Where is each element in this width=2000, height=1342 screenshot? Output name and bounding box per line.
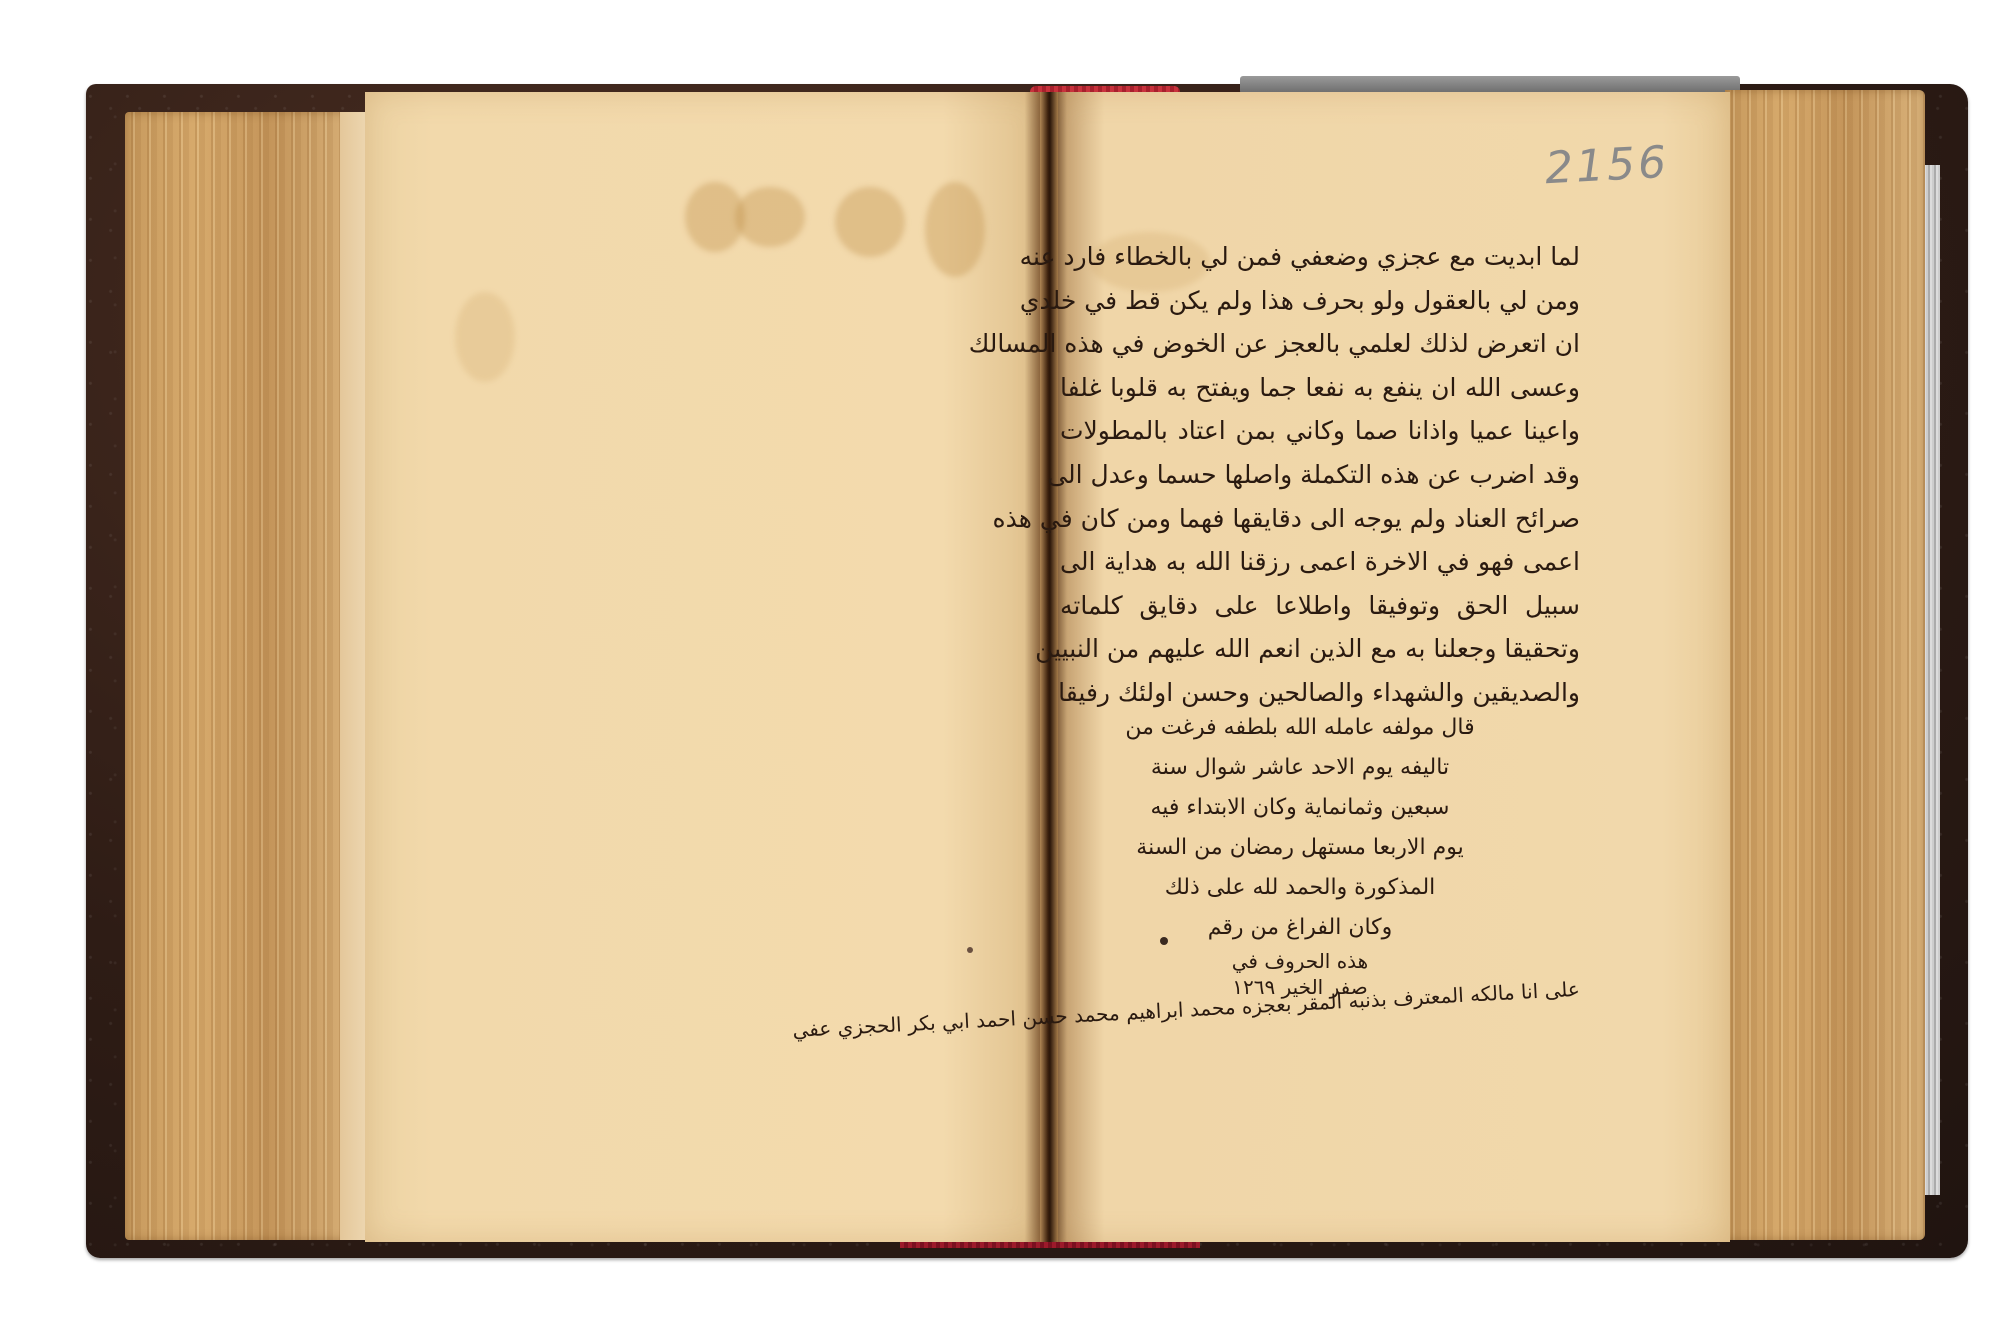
colophon-line: سبعين وثمانماية وكان الابتداء فيه	[1080, 788, 1520, 828]
colophon-line: المذكورة والحمد لله على ذلك	[1080, 868, 1520, 908]
text-line: اعمى فهو في الاخرة اعمى رزقنا الله به هد…	[1060, 540, 1580, 584]
colophon-line: وكان الفراغ من رقم	[1080, 908, 1520, 948]
text-line: وقد اضرب عن هذه التكملة واصلها حسما وعدل…	[1060, 453, 1580, 497]
colophon: قال مولفه عامله الله بلطفه فرغت من تاليف…	[1080, 708, 1520, 1000]
water-stain	[925, 182, 985, 277]
colophon-line: هذه الحروف في	[1080, 948, 1520, 974]
left-page-edges	[125, 112, 365, 1240]
pencil-catalogue-number: 2156	[1544, 137, 1670, 194]
text-line: لما ابديت مع عجزي وضعفي فمن لي بالخطاء ف…	[1060, 235, 1580, 279]
text-line: ومن لي بالعقول ولو بحرف هذا ولم يكن قط ف…	[1060, 279, 1580, 323]
water-stain	[735, 187, 805, 247]
text-line: صرائح العناد ولم يوجه الى دقايقها فهما و…	[1060, 497, 1580, 541]
right-page-edges	[1725, 90, 1925, 1240]
colophon-line: قال مولفه عامله الله بلطفه فرغت من	[1080, 708, 1520, 748]
water-stain	[455, 292, 515, 382]
colophon-line: يوم الاربعا مستهل رمضان من السنة	[1080, 828, 1520, 868]
text-line: وتحقيقا وجعلنا به مع الذين انعم الله علي…	[1060, 627, 1580, 671]
text-line: وعسى الله ان ينفع به نفعا جما ويفتح به ق…	[1060, 366, 1580, 410]
water-stain	[835, 187, 905, 257]
text-line: واعينا عميا واذانا صما وكاني بمن اعتاد ب…	[1060, 409, 1580, 453]
left-page	[365, 92, 1045, 1242]
text-line: سبيل الحق وتوفيقا واطلاعا على دقايق كلما…	[1060, 584, 1580, 628]
ink-spot	[967, 947, 973, 953]
text-line: ان اتعرض لذلك لعلمي بالعجز عن الخوض في ه…	[1060, 322, 1580, 366]
colophon-line: تاليفه يوم الاحد عاشر شوال سنة	[1080, 748, 1520, 788]
open-manuscript: 2156 لما ابديت مع عجزي وضعفي فمن لي بالخ…	[0, 0, 2000, 1342]
manuscript-main-text: لما ابديت مع عجزي وضعفي فمن لي بالخطاء ف…	[1060, 235, 1580, 715]
